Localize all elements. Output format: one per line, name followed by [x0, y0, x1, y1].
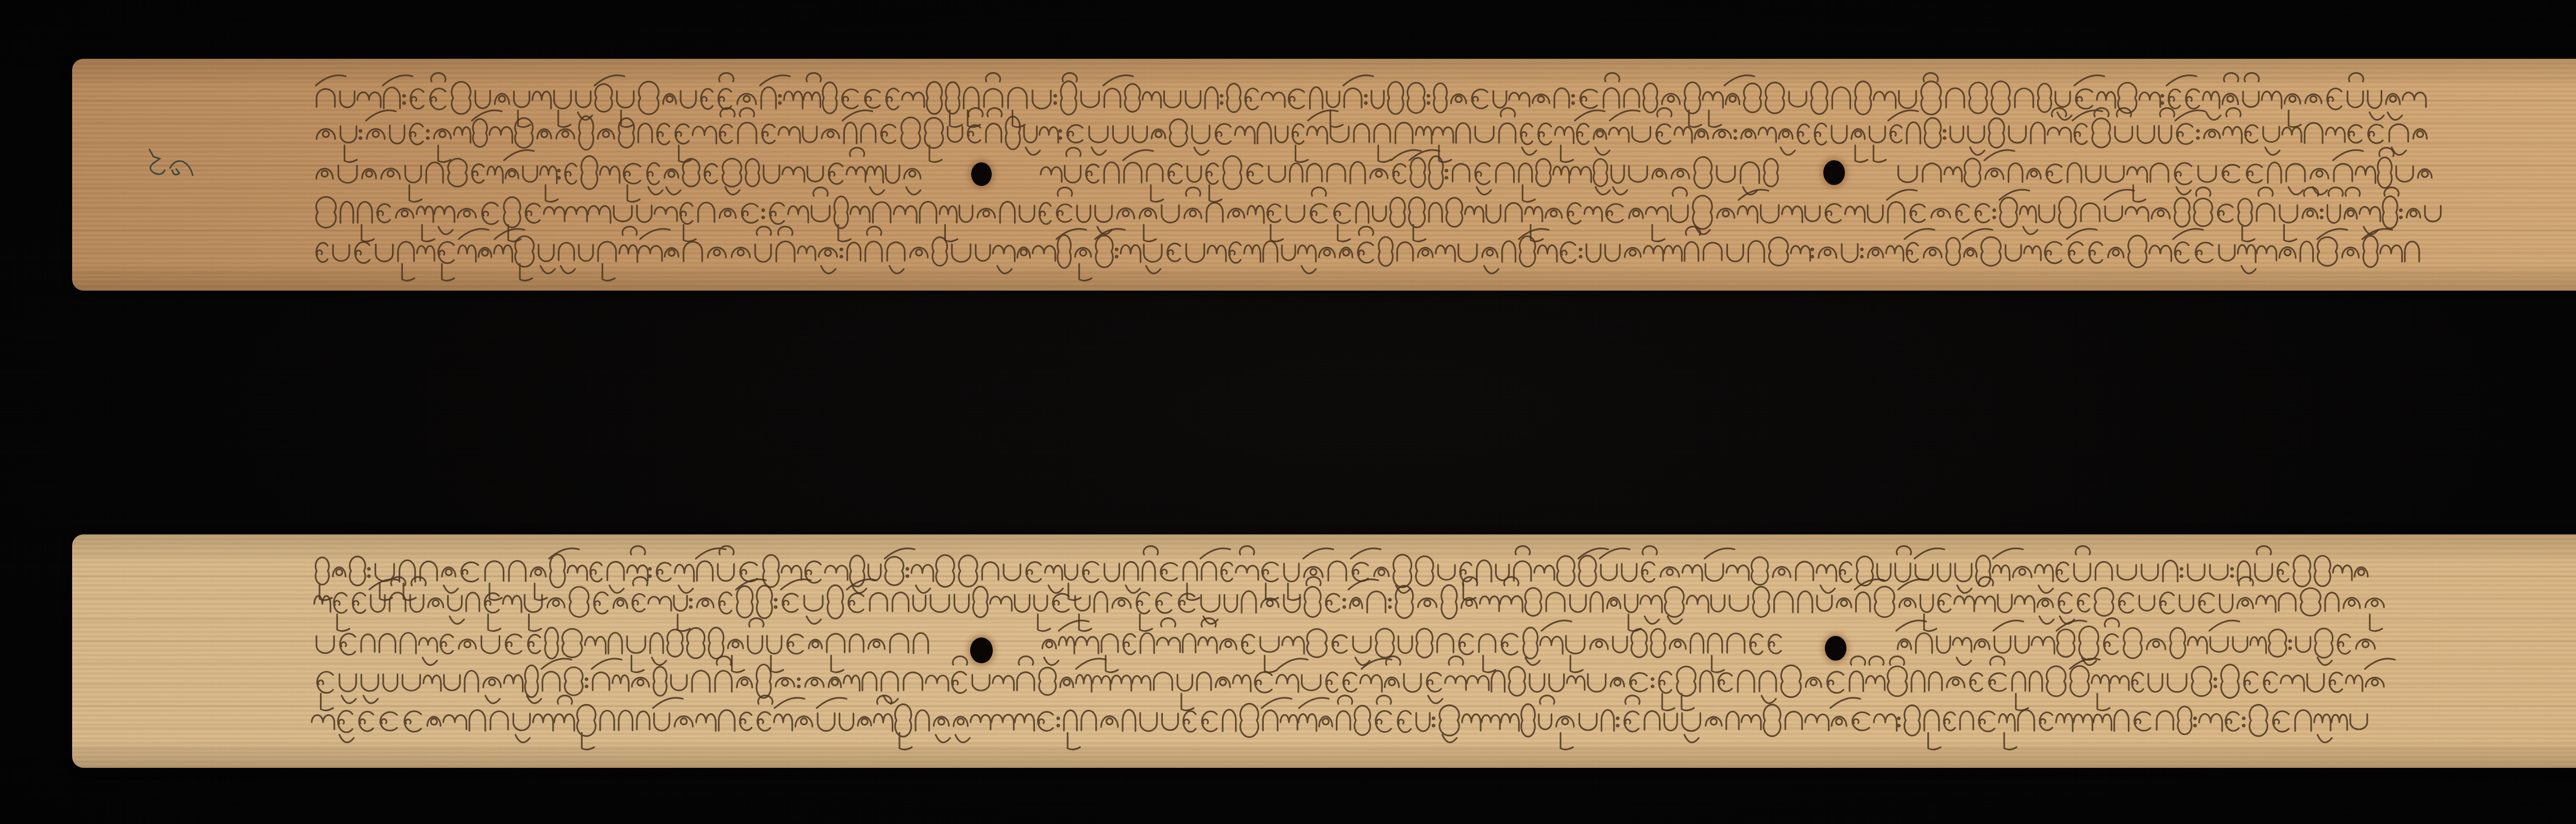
- script-line: [312, 696, 2367, 750]
- script-line: [316, 188, 2441, 242]
- script-line: [315, 546, 2367, 600]
- script-line: [317, 657, 2395, 711]
- script-line: [316, 618, 2375, 672]
- script-line: [314, 577, 2384, 631]
- script-line: [316, 227, 2419, 281]
- script-line: [316, 73, 2426, 127]
- handwritten-script-layer: [0, 0, 2576, 824]
- script-line: [316, 108, 2427, 162]
- folio-number-mark: [149, 149, 193, 175]
